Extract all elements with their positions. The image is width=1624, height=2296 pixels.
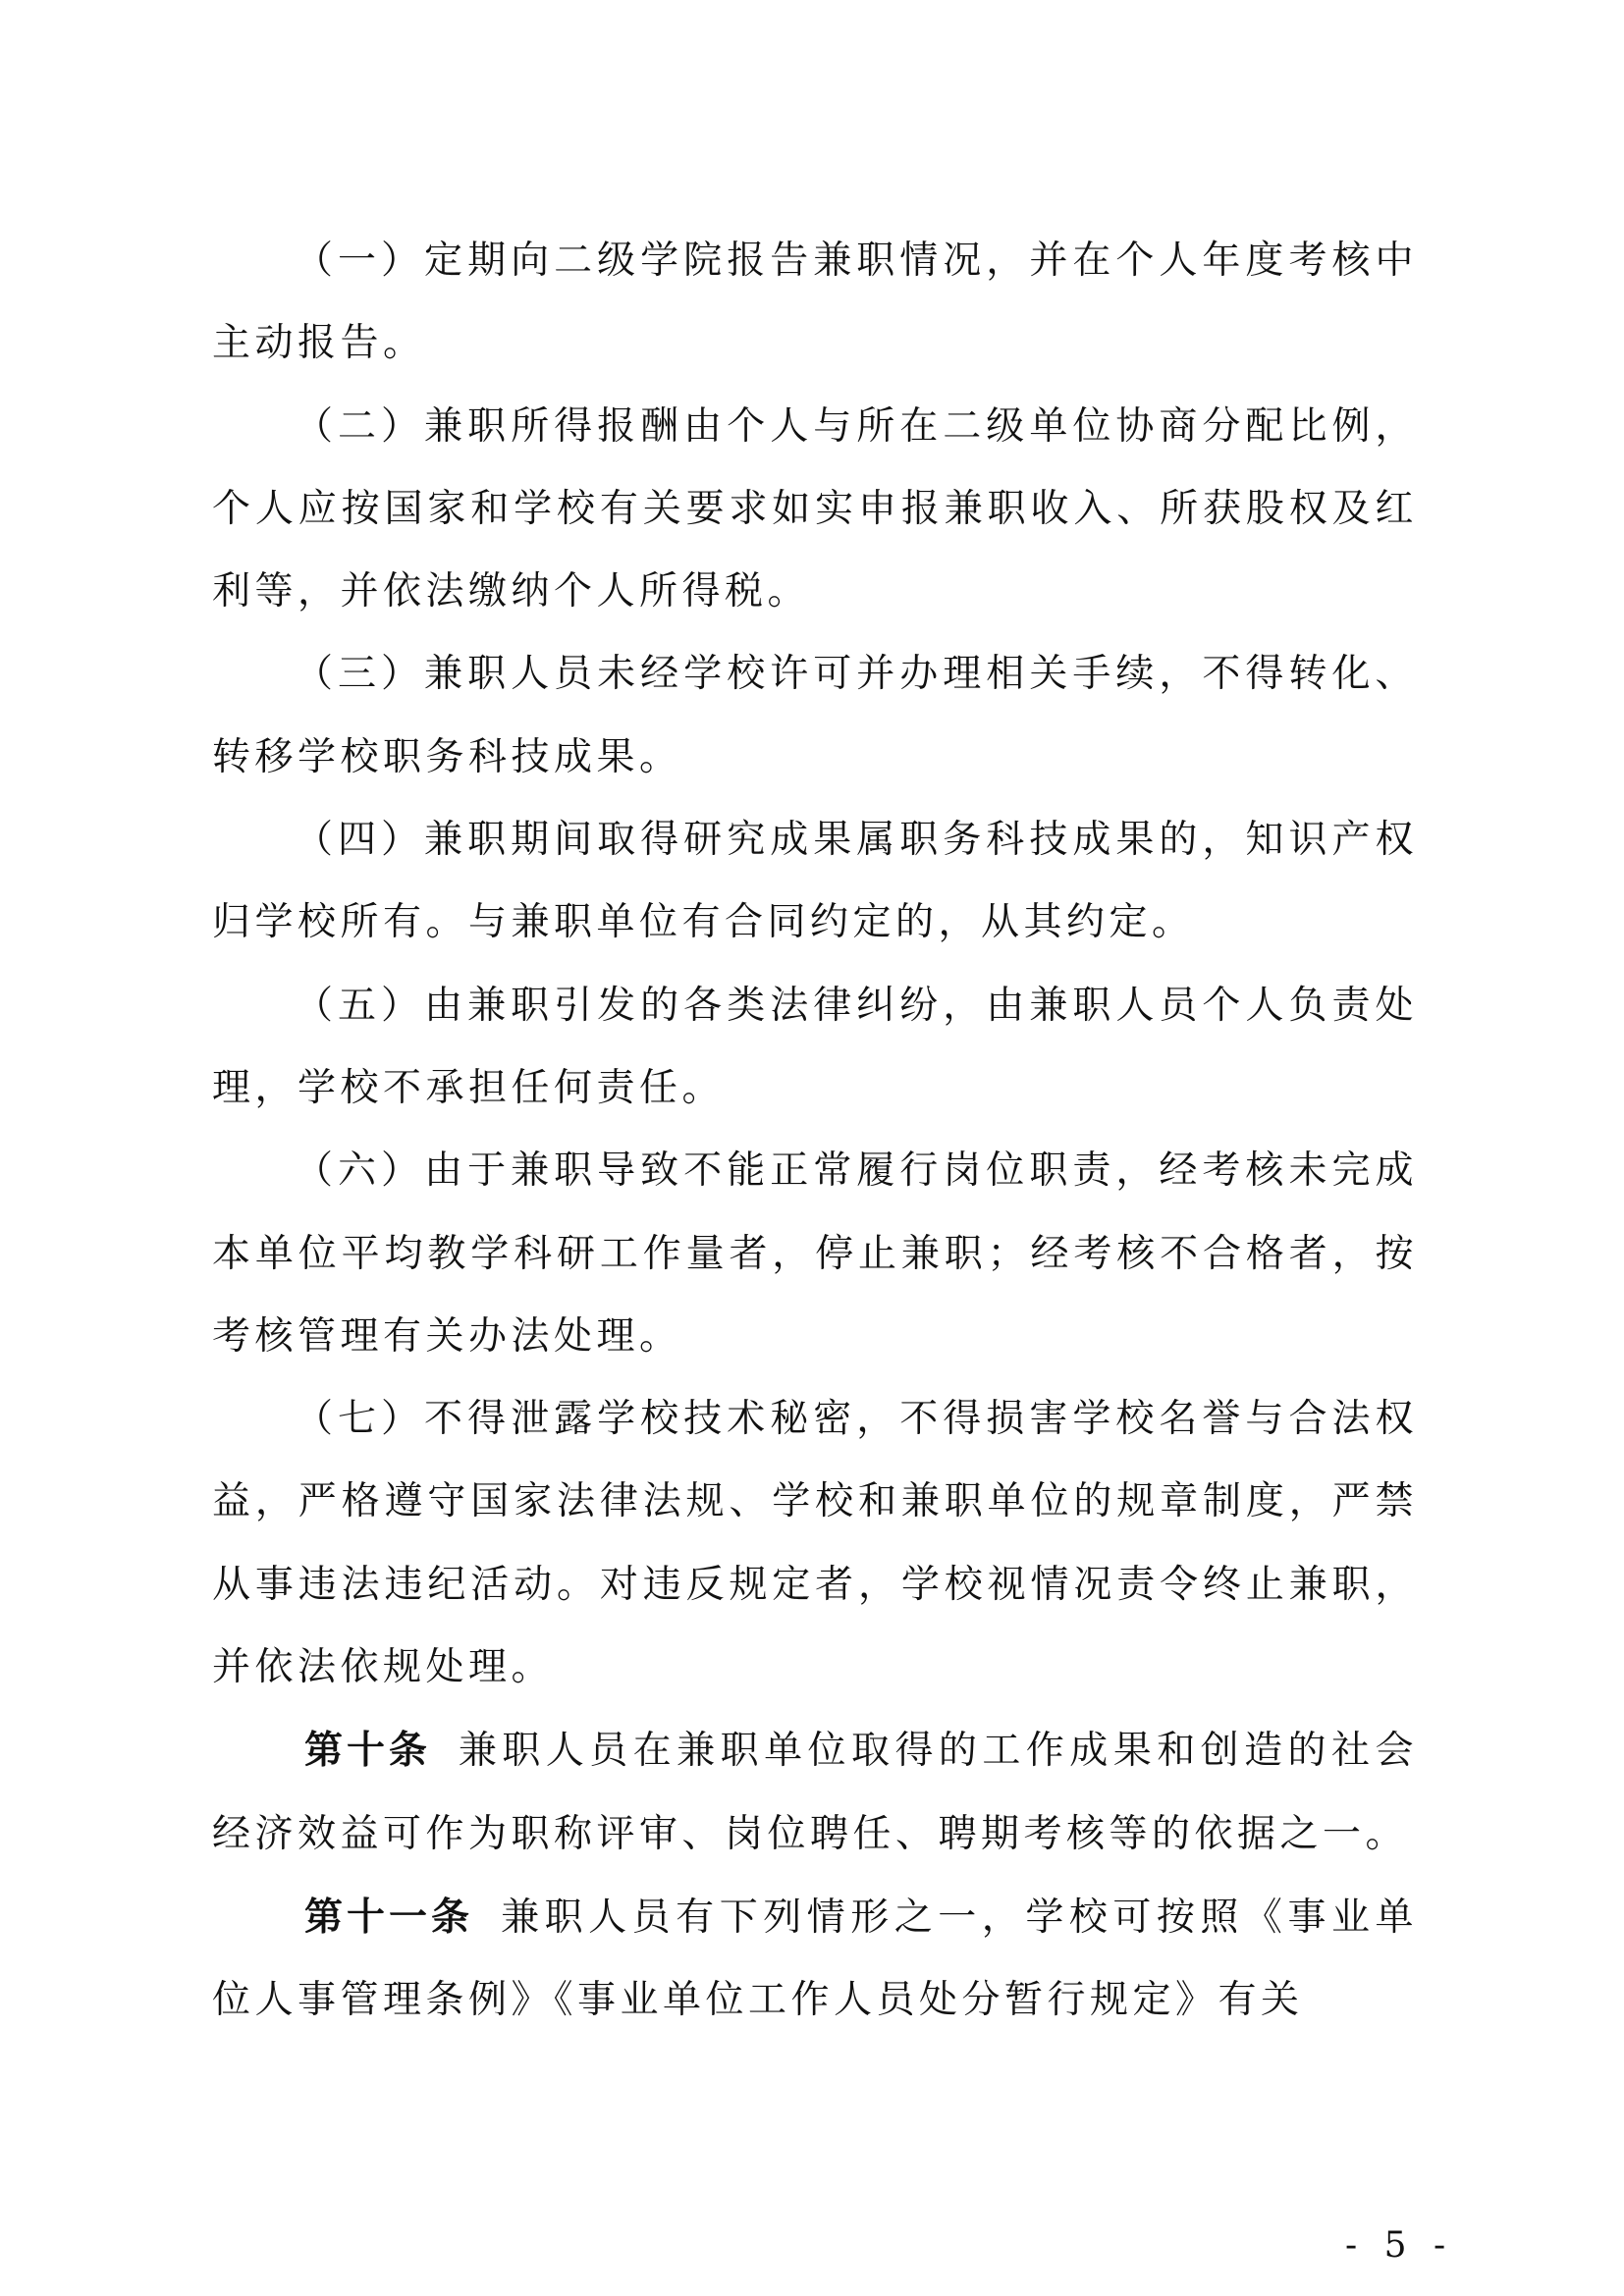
paragraph-text: （六）由于兼职导致不能正常履行岗位职责，经考核未完成本单位平均教学科研工作量者，… (212, 1148, 1418, 1359)
paragraph-item-6: （六）由于兼职导致不能正常履行岗位职责，经考核未完成本单位平均教学科研工作量者，… (212, 1130, 1418, 1378)
paragraph-item-1: （一）定期向二级学院报告兼职情况，并在个人年度考核中主动报告。 (212, 220, 1418, 386)
paragraph-item-5: （五）由兼职引发的各类法律纠纷，由兼职人员个人负责处理，学校不承担任何责任。 (212, 965, 1418, 1131)
article-10: 第十条兼职人员在兼职单位取得的工作成果和创造的社会经济效益可作为职称评审、岗位聘… (212, 1709, 1418, 1876)
paragraph-item-2: （二）兼职所得报酬由个人与所在二级单位协商分配比例，个人应按国家和学校有关要求如… (212, 386, 1418, 634)
paragraph-text: （一）定期向二级学院报告兼职情况，并在个人年度考核中主动报告。 (212, 239, 1418, 365)
paragraph-text: （二）兼职所得报酬由个人与所在二级单位协商分配比例，个人应按国家和学校有关要求如… (212, 404, 1418, 614)
paragraph-text: （四）兼职期间取得研究成果属职务科技成果的，知识产权归学校所有。与兼职单位有合同… (212, 818, 1418, 944)
body-text: （一）定期向二级学院报告兼职情况，并在个人年度考核中主动报告。 （二）兼职所得报… (212, 220, 1418, 2043)
article-heading: 第十一条 (304, 1895, 473, 1940)
article-heading: 第十条 (304, 1728, 431, 1773)
page-number: - 5 - (1345, 2225, 1453, 2266)
paragraph-text: （七）不得泄露学校技术秘密，不得损害学校名誉与合法权益，严格遵守国家法律法规、学… (212, 1397, 1418, 1689)
document-page: （一）定期向二级学院报告兼职情况，并在个人年度考核中主动报告。 （二）兼职所得报… (0, 0, 1624, 2296)
paragraph-item-3: （三）兼职人员未经学校许可并办理相关手续，不得转化、转移学校职务科技成果。 (212, 633, 1418, 799)
article-11: 第十一条兼职人员有下列情形之一，学校可按照《事业单位人事管理条例》《事业单位工作… (212, 1876, 1418, 2043)
paragraph-text: （三）兼职人员未经学校许可并办理相关手续，不得转化、转移学校职务科技成果。 (212, 652, 1418, 778)
paragraph-item-7: （七）不得泄露学校技术秘密，不得损害学校名誉与合法权益，严格遵守国家法律法规、学… (212, 1378, 1418, 1709)
paragraph-text: （五）由兼职引发的各类法律纠纷，由兼职人员个人负责处理，学校不承担任何责任。 (212, 984, 1418, 1110)
paragraph-item-4: （四）兼职期间取得研究成果属职务科技成果的，知识产权归学校所有。与兼职单位有合同… (212, 799, 1418, 965)
